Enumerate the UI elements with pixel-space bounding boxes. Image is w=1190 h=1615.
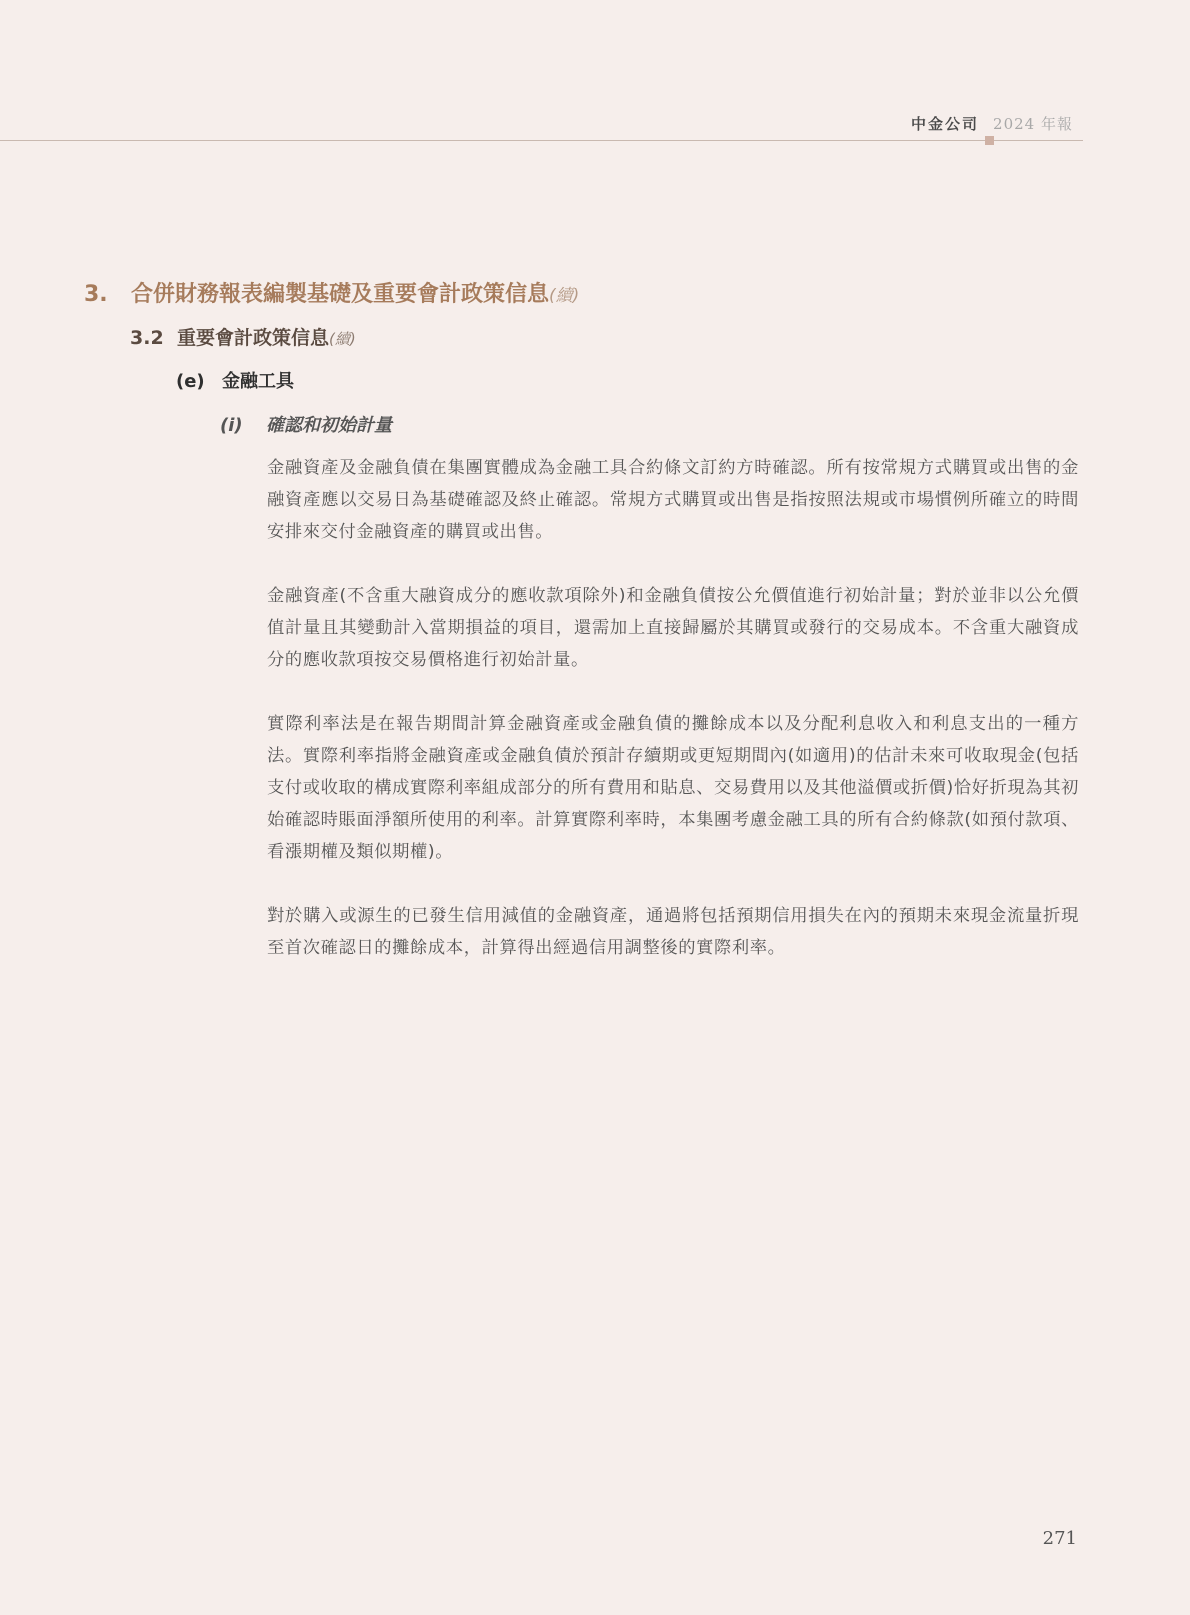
header-report-title: 2024 年報 xyxy=(993,115,1073,133)
item-title: 金融工具 xyxy=(222,371,294,392)
header-divider xyxy=(0,140,1083,141)
paragraph: 對於購入或源生的已發生信用減值的金融資產，通過將包括預期信用損失在內的預期未來現… xyxy=(267,900,1079,964)
header-company: 中金公司 xyxy=(911,115,979,133)
section-heading: 3.合併財務報表編製基礎及重要會計政策信息(續) xyxy=(84,277,579,308)
subitem-number: (i) xyxy=(220,415,266,436)
item-number: (e) xyxy=(176,371,222,392)
subitem-heading: (i)確認和初始計量 xyxy=(220,411,392,437)
header-marker-square xyxy=(985,136,994,145)
subsection-continued: (續) xyxy=(329,330,356,348)
running-header: 中金公司2024 年報 xyxy=(911,113,1073,134)
section-continued: (續) xyxy=(549,286,579,306)
paragraph: 金融資產(不含重大融資成分的應收款項除外)和金融負債按公允價值進行初始計量；對於… xyxy=(267,580,1079,676)
item-heading: (e)金融工具 xyxy=(176,367,294,393)
section-title: 合併財務報表編製基礎及重要會計政策信息 xyxy=(131,282,549,307)
paragraph: 實際利率法是在報告期間計算金融資產或金融負債的攤餘成本以及分配利息收入和利息支出… xyxy=(267,708,1079,868)
subsection-heading: 3.2重要會計政策信息(續) xyxy=(130,323,356,350)
subsection-number: 3.2 xyxy=(130,327,177,349)
subitem-title: 確認和初始計量 xyxy=(266,415,392,436)
subsection-title: 重要會計政策信息 xyxy=(177,327,329,349)
section-number: 3. xyxy=(84,282,131,307)
page-number: 271 xyxy=(1043,1528,1077,1549)
body-text: 金融資產及金融負債在集團實體成為金融工具合約條文訂約方時確認。所有按常規方式購買… xyxy=(267,452,1079,996)
paragraph: 金融資產及金融負債在集團實體成為金融工具合約條文訂約方時確認。所有按常規方式購買… xyxy=(267,452,1079,548)
